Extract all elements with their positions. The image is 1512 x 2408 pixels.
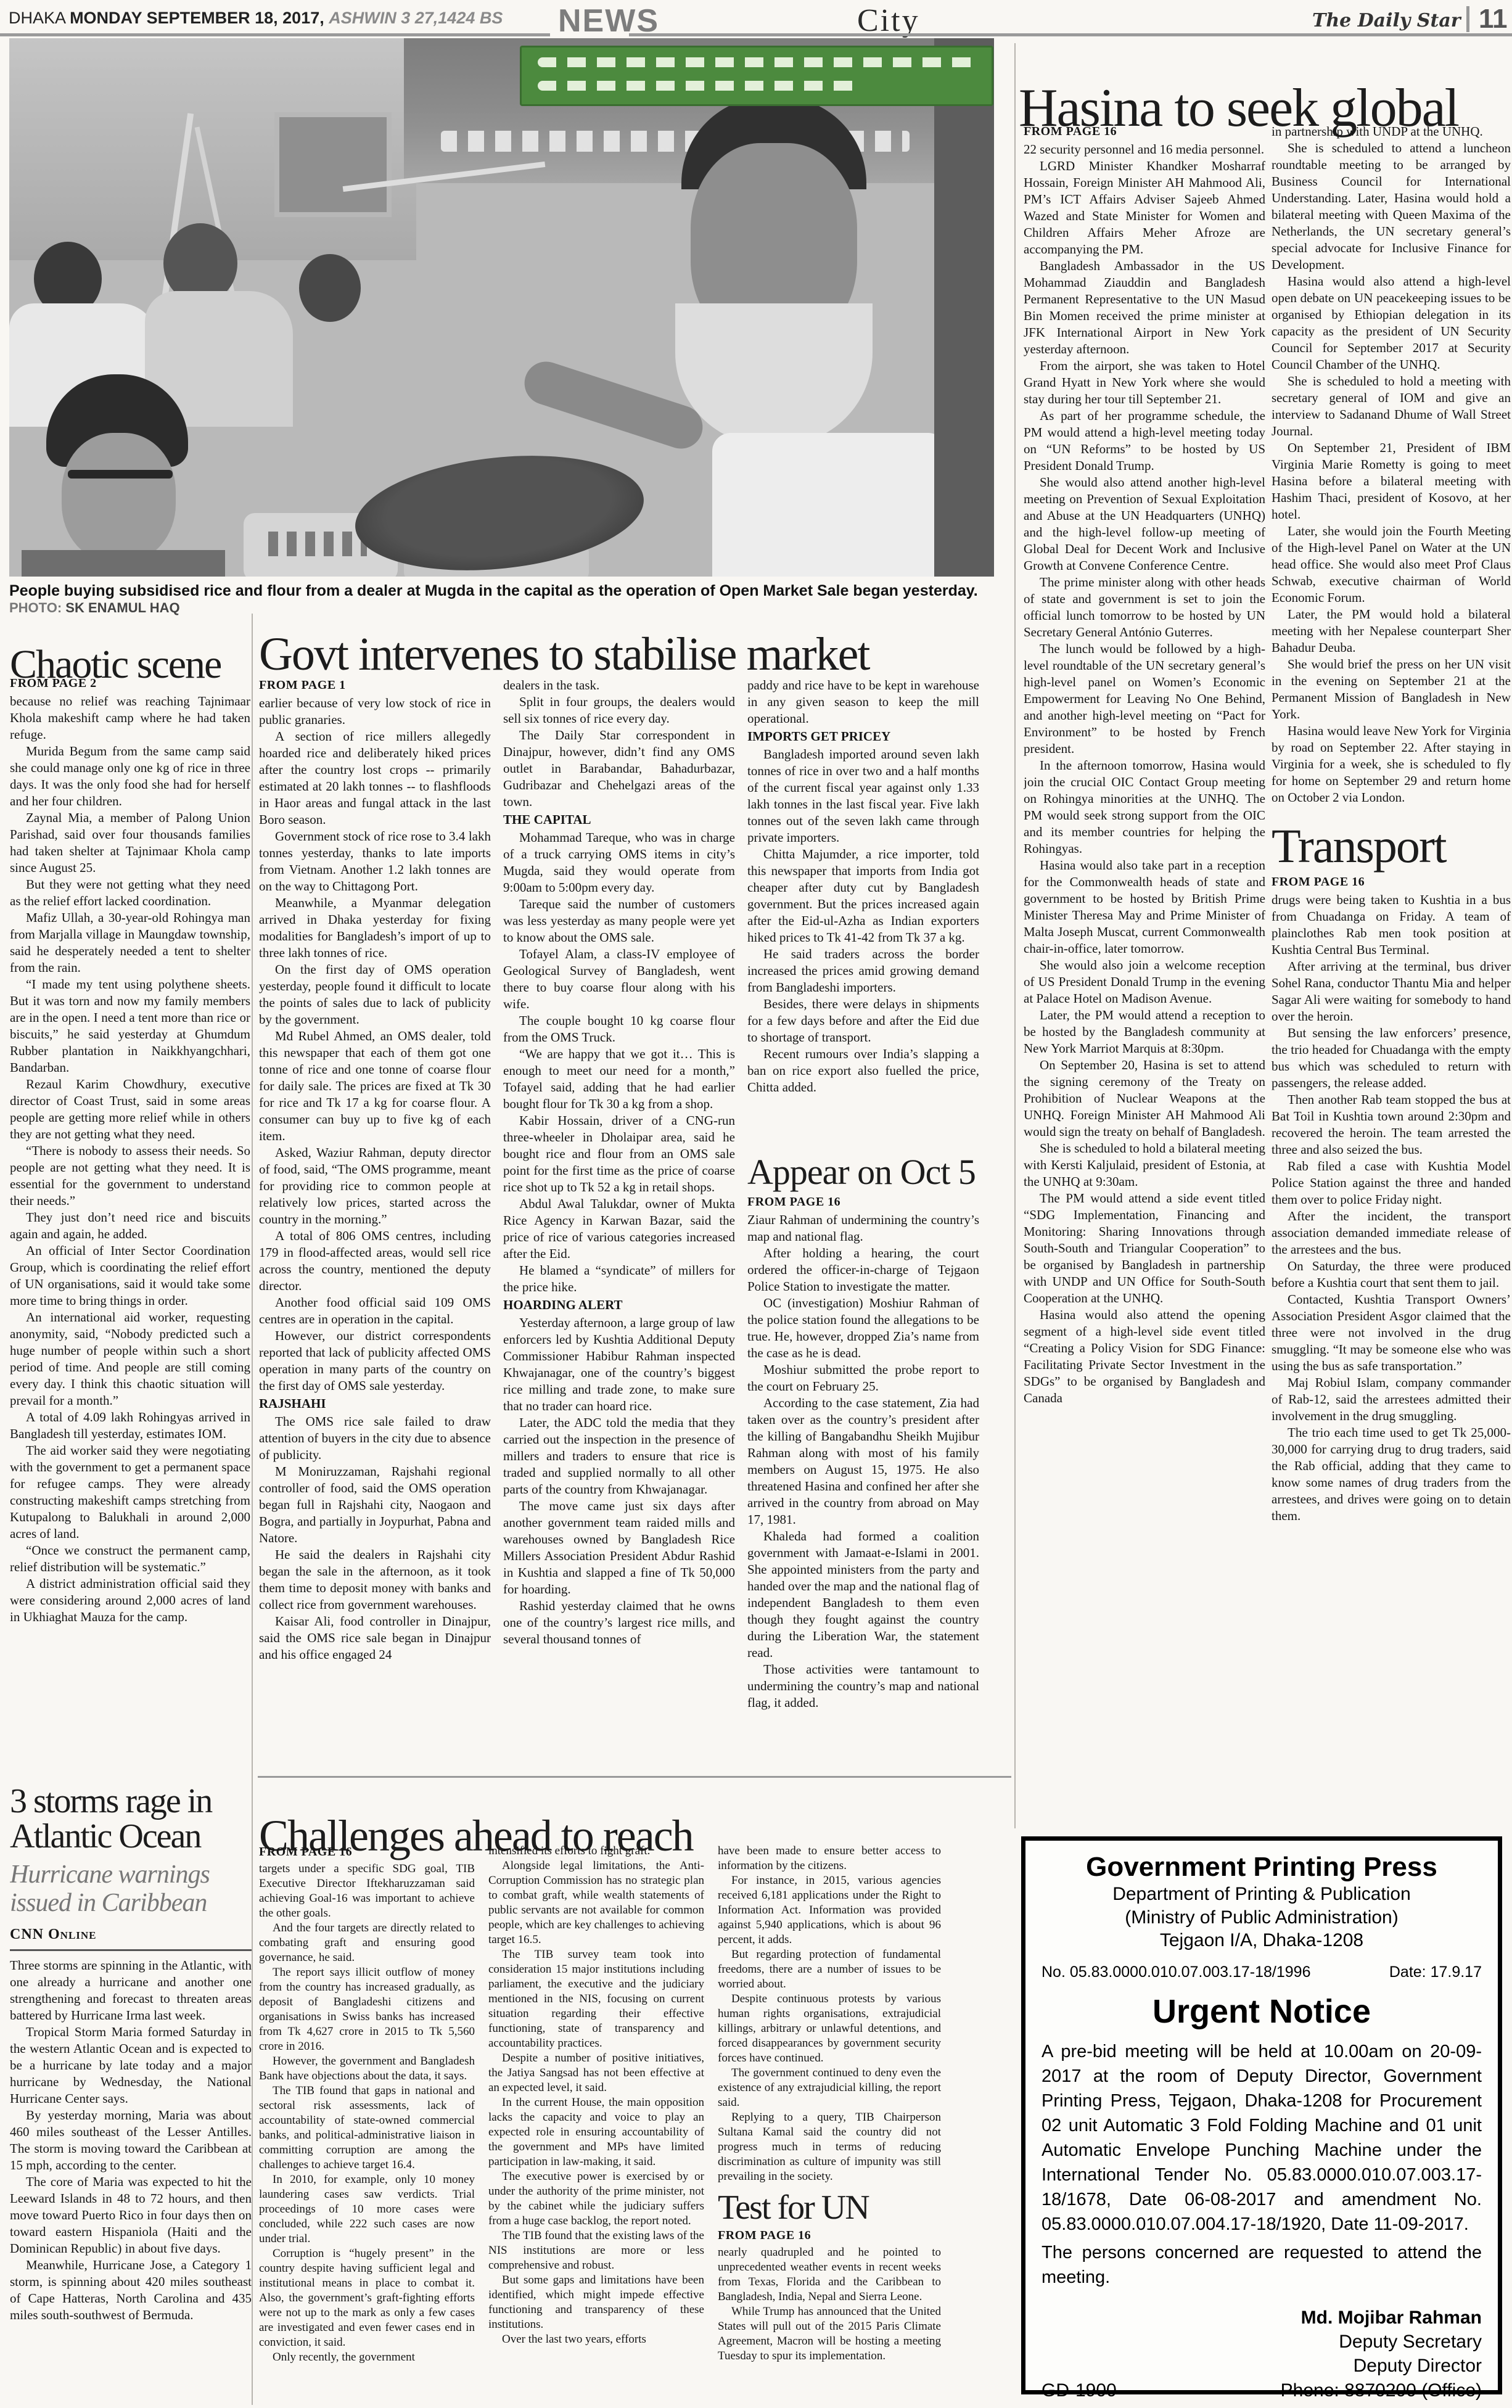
newspaper-page: DHAKA MONDAY SEPTEMBER 18, 2017, ASHWIN …	[0, 0, 1512, 2408]
market-col3: paddy and rice have to be kept in wareho…	[747, 677, 979, 1147]
challenges-col1: FROM PAGE 16 targets under a specific SD…	[259, 1844, 475, 2405]
page-header: DHAKA MONDAY SEPTEMBER 18, 2017, ASHWIN …	[0, 0, 1512, 37]
transport-headline: Transport	[1272, 822, 1511, 870]
photo-window	[274, 112, 392, 217]
storms-paragraphs: Three storms are spinning in the Atlanti…	[10, 1957, 252, 2324]
market-headline: Govt intervenes to stabilise market	[259, 631, 1014, 679]
ad-address: Tejgaon I/A, Dhaka-1208	[1042, 1929, 1482, 1952]
photo-credit-label: PHOTO:	[9, 600, 62, 615]
chaotic-scene-body: FROM PAGE 2 because no relief was reachi…	[10, 675, 250, 1773]
ad-date: Date: 17.9.17	[1389, 1963, 1482, 1981]
photo-dark-edge	[934, 38, 994, 577]
ad-ministry: (Ministry of Public Administration)	[1042, 1906, 1482, 1929]
challenges-col2: intensified its efforts to fight graft.A…	[488, 1844, 704, 2405]
hasina-col1-paragraphs: 22 security personnel and 16 media perso…	[1024, 141, 1265, 1407]
photo-green-sign	[520, 46, 993, 106]
photo-rice-pan	[350, 443, 649, 577]
photo-sack-print	[268, 532, 367, 556]
bengali-date-text: ASHWIN 3 27,1424 BS	[329, 9, 503, 27]
market-col2: dealers in the task.Split in four groups…	[503, 677, 735, 1772]
photo-elderly-man-beard	[675, 303, 873, 445]
caption-text: People buying subsidised rice and flour …	[9, 582, 978, 599]
ad-signatory-title2: Deputy Director	[1042, 2354, 1482, 2378]
ad-body-text: A pre-bid meeting will be held at 10.00a…	[1042, 2039, 1482, 2237]
ad-reference-number: No. 05.83.0000.010.07.003.17-18/1996	[1042, 1963, 1311, 1981]
photo-foreground-man-face	[62, 433, 176, 562]
photo-person-head	[299, 254, 361, 322]
urgent-notice-ad: Government Printing Press Department of …	[1021, 1836, 1502, 2394]
market-col1: FROM PAGE 1 earlier because of very low …	[259, 677, 491, 1772]
challenges-col1-paragraphs: targets under a specific SDG goal, TIB E…	[259, 1862, 475, 2365]
news-photo	[9, 38, 994, 577]
photo-green-sign-script	[538, 81, 858, 91]
photo-scene	[9, 38, 994, 577]
challenges-kicker: FROM PAGE 16	[259, 1845, 475, 1859]
transport-kicker: FROM PAGE 16	[1272, 875, 1511, 889]
header-rule-left	[0, 33, 550, 36]
photo-elderly-man-vest	[712, 433, 947, 577]
edition-label: DHAKA	[9, 9, 65, 27]
photo-green-sign-script	[538, 57, 976, 67]
storms-byline: CNN Online	[10, 1926, 252, 1951]
market-kicker: FROM PAGE 1	[259, 678, 491, 692]
storms-subhead: Hurricane warnings issued in Caribbean	[10, 1860, 252, 1917]
transport-paragraphs: drugs were being taken to Kushtia in a b…	[1272, 892, 1511, 1524]
appear-kicker: FROM PAGE 16	[747, 1195, 979, 1209]
market-col1-paragraphs: earlier because of very low stock of ric…	[259, 695, 491, 1663]
hasina-col1: FROM PAGE 16 22 security personnel and 1…	[1024, 123, 1265, 1824]
challenges-col3-and-testun: have been made to ensure better access t…	[718, 1844, 941, 2405]
ad-organisation: Government Printing Press	[1042, 1852, 1482, 1883]
ad-note-text: The persons concerned are requested to a…	[1042, 2240, 1482, 2290]
market-col2-paragraphs: dealers in the task.Split in four groups…	[503, 677, 735, 1648]
column-rule	[1014, 43, 1016, 1828]
hasina-col2-paragraphs: in partnership with UNDP at the UNHQ.She…	[1272, 123, 1511, 806]
challenges-col3-paragraphs: have been made to ensure better access t…	[718, 1844, 941, 2184]
photo-foreground-man-glasses	[68, 470, 173, 479]
ad-title: Urgent Notice	[1042, 1992, 1482, 2031]
chaotic-paragraphs: because no relief was reaching Tajnimaar…	[10, 693, 250, 1625]
ad-department: Department of Printing & Publication	[1042, 1883, 1482, 1906]
date-text: MONDAY SEPTEMBER 18, 2017,	[70, 9, 324, 27]
testun-headline: Test for UN	[718, 2190, 941, 2225]
appear-article: Appear on Oct 5 FROM PAGE 16 Ziaur Rahma…	[747, 1154, 1006, 1771]
ad-signatory-name: Md. Mojibar Rahman	[1042, 2306, 1482, 2330]
hasina-col2-and-transport: in partnership with UNDP at the UNHQ.She…	[1272, 123, 1511, 1824]
appear-paragraphs: Ziaur Rahman of undermining the country’…	[747, 1212, 979, 1711]
header-rule-right	[629, 33, 1512, 36]
ad-gd-code: GD-1900	[1042, 2380, 1117, 2401]
market-col3-paragraphs: paddy and rice have to be kept in wareho…	[747, 677, 979, 1096]
ad-signatory-title1: Deputy Secretary	[1042, 2330, 1482, 2354]
page-number-divider	[1466, 6, 1469, 32]
photo-caption: People buying subsidised rice and flour …	[9, 582, 996, 616]
ad-phone: Phone: 8870200 (Office)	[1281, 2380, 1482, 2401]
dateline: DHAKA MONDAY SEPTEMBER 18, 2017, ASHWIN …	[9, 9, 503, 28]
page-number: 11	[1479, 4, 1508, 35]
photo-foreground-man-body	[22, 550, 225, 577]
chaotic-kicker: FROM PAGE 2	[10, 676, 250, 691]
testun-kicker: FROM PAGE 16	[718, 2229, 941, 2243]
photo-credit: SK ENAMUL HAQ	[65, 600, 179, 615]
challenges-col2-paragraphs: intensified its efforts to fight graft.A…	[488, 1844, 704, 2347]
testun-paragraphs: nearly quadrupled and he pointed to unpr…	[718, 2245, 941, 2364]
appear-headline: Appear on Oct 5	[747, 1154, 1006, 1190]
hasina-kicker: FROM PAGE 16	[1024, 125, 1265, 139]
masthead-logo: The Daily Star	[1312, 10, 1461, 31]
storms-headline: 3 storms rage in Atlantic Ocean	[10, 1784, 252, 1854]
storms-article: 3 storms rage in Atlantic Ocean Hurrican…	[10, 1784, 252, 2404]
column-rule	[252, 614, 253, 2405]
section-divider	[258, 1776, 1011, 1778]
